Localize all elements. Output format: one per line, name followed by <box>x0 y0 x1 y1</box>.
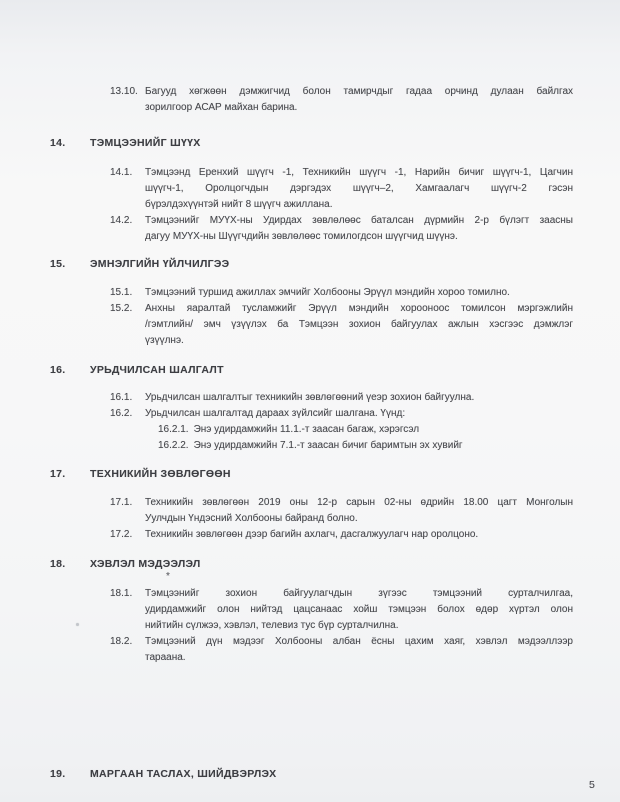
section-title: ХЭВЛЭЛ МЭДЭЭЛЭЛ <box>90 556 201 572</box>
section-title: ТЭМЦЭЭНИЙГ ШҮҮХ <box>90 135 201 151</box>
items-17: 17.1. Техникийн зөвлөгөөн 2019 оны 12-р … <box>110 495 573 543</box>
list-item: 16.2. Урьдчилсан шалгалтад дараах зүйлси… <box>110 406 573 422</box>
item-number: 13.10. <box>110 84 145 116</box>
scan-speck <box>76 623 79 626</box>
text-line: Урьдчилсан шалгалтад дараах зүйлсийг шал… <box>145 406 573 422</box>
items-16: 16.1. Урьдчилсан шалгалтыг техникийн зөв… <box>110 390 573 422</box>
item-text: Энэ удирдамжийн 11.1.-т заасан багаж, хэ… <box>194 424 420 435</box>
text-line: Урьдчилсан шалгалтыг техникийн зөвлөгөөн… <box>145 390 573 406</box>
list-item: 15.1. Тэмцээний туршид ажиллах эмчийг Хо… <box>110 285 573 301</box>
list-item: 13.10. Багууд хөгжөөн дэмжигчид болон та… <box>110 84 573 116</box>
item-number: 14.1. <box>110 165 145 213</box>
section-number: 19. <box>50 766 66 782</box>
section-title: ТЕХНИКИЙН ЗӨВЛӨГӨӨН <box>90 466 231 482</box>
section-number: 18. <box>50 556 66 572</box>
text-line: Тэмцээний дүн мэдээг Холбооны албан ёсны… <box>145 634 573 650</box>
subitems-16-2: 16.2.1.Энэ удирдамжийн 11.1.-т заасан ба… <box>158 422 588 454</box>
item-number: 17.2. <box>110 527 145 543</box>
item-number: 15.1. <box>110 285 145 301</box>
text-line: Тэмцээний туршид ажиллах эмчийг Холбооны… <box>145 285 573 301</box>
text-line: Багууд хөгжөөн дэмжигчид болон тамирчдыг… <box>145 84 573 100</box>
item-number: 16.2. <box>110 406 145 422</box>
text-line: бүрэлдэхүүнтэй нийт 8 шүүгч ажиллана. <box>145 197 573 213</box>
asterisk-mark: * <box>166 571 170 583</box>
text-line: Тэмцээнийг зохион байгуулагчдын зүгээс т… <box>145 586 573 602</box>
section-heading-17: 17. ТЕХНИКИЙН ЗӨВЛӨГӨӨН <box>0 466 620 482</box>
list-item: 17.2. Техникийн зөвлөгөөн дээр багийн ах… <box>110 527 573 543</box>
item-text: Тэмцээний дүн мэдээг Холбооны албан ёсны… <box>145 634 573 666</box>
text-line: Уулчдын Үндэсний Холбооны байранд болно. <box>145 511 573 527</box>
item-text: Тэмцээний туршид ажиллах эмчийг Холбооны… <box>145 285 573 301</box>
item-number: 16.2.1. <box>158 424 189 435</box>
section-number: 17. <box>50 466 66 482</box>
item-text: Урьдчилсан шалгалтад дараах зүйлсийг шал… <box>145 406 573 422</box>
item-number: 16.2.2. <box>158 440 189 451</box>
list-item: 14.2. Тэмцээнийг МУҮХ-ны Удирдах зөвлөлө… <box>110 213 573 245</box>
section-title: УРЬДЧИЛСАН ШАЛГАЛТ <box>90 362 224 378</box>
text-line: тараана. <box>145 650 573 666</box>
item-number: 18.1. <box>110 586 145 634</box>
item-text: Тэмцээнийг МУҮХ-ны Удирдах зөвлөлөөс бат… <box>145 213 573 245</box>
text-line: зорилгоор АСАР майхан барина. <box>145 100 573 116</box>
text-line: Тэмцээнд Еренхий шүүгч -1, Техникийн шүү… <box>145 165 573 181</box>
scanned-document-page: 13.10. Багууд хөгжөөн дэмжигчид болон та… <box>0 0 620 802</box>
item-text: Тэмцээнийг зохион байгуулагчдын зүгээс т… <box>145 586 573 634</box>
item-text: Тэмцээнд Еренхий шүүгч -1, Техникийн шүү… <box>145 165 573 213</box>
item-text: Анхны яаралтай тусламжийг Эрүүл мэндийн … <box>145 301 573 349</box>
text-line: /гэмтлийн/ эмч үзүүлэх ба Тэмцээн зохион… <box>145 317 573 333</box>
text-line: дагуу МУҮХ-ны Шүүгчдийн зөвлөлөөс томило… <box>145 229 573 245</box>
items-15: 15.1. Тэмцээний туршид ажиллах эмчийг Хо… <box>110 285 573 349</box>
list-item: 17.1. Техникийн зөвлөгөөн 2019 оны 12-р … <box>110 495 573 527</box>
text-line: удирдамжийг олон нийтэд цацсанаас хойш т… <box>145 602 573 618</box>
section-title: ЭМНЭЛГИЙН ҮЙЛЧИЛГЭЭ <box>90 256 229 272</box>
list-item: 18.1. Тэмцээнийг зохион байгуулагчдын зү… <box>110 586 573 634</box>
text-line: Техникийн зөвлөгөөн дээр багийн ахлагч, … <box>145 527 573 543</box>
item-text: Техникийн зөвлөгөөн дээр багийн ахлагч, … <box>145 527 573 543</box>
section-number: 16. <box>50 362 66 378</box>
item-text: Энэ удирдамжийн 7.1.-т заасан бичиг бари… <box>194 440 463 451</box>
section-heading-19: 19. МАРГААН ТАСЛАХ, ШИЙДВЭРЛЭХ <box>0 766 620 782</box>
item-text: Багууд хөгжөөн дэмжигчид болон тамирчдыг… <box>145 84 573 116</box>
item-number: 15.2. <box>110 301 145 349</box>
page-number: 5 <box>589 778 595 792</box>
list-item: 15.2. Анхны яаралтай тусламжийг Эрүүл мэ… <box>110 301 573 349</box>
item-text: Техникийн зөвлөгөөн 2019 оны 12-р сарын … <box>145 495 573 527</box>
item-number: 17.1. <box>110 495 145 527</box>
section-heading-18: 18. ХЭВЛЭЛ МЭДЭЭЛЭЛ <box>0 556 620 572</box>
items-14: 14.1. Тэмцээнд Еренхий шүүгч -1, Техники… <box>110 165 573 245</box>
sub-list-item: 16.2.2.Энэ удирдамжийн 7.1.-т заасан бич… <box>158 438 588 454</box>
item-number: 16.1. <box>110 390 145 406</box>
text-line: шүүгч-1, Оролцогчдын дэргэдэх шүүгч–2, Х… <box>145 181 573 197</box>
text-line: Техникийн зөвлөгөөн 2019 оны 12-р сарын … <box>145 495 573 511</box>
text-line: нийтийн сүлжээ, хэвлэл, телевиз тус бүр … <box>145 618 573 634</box>
sub-list-item: 16.2.1.Энэ удирдамжийн 11.1.-т заасан ба… <box>158 422 588 438</box>
list-item: 18.2. Тэмцээний дүн мэдээг Холбооны алба… <box>110 634 573 666</box>
text-line: Тэмцээнийг МУҮХ-ны Удирдах зөвлөлөөс бат… <box>145 213 573 229</box>
item-13-10: 13.10. Багууд хөгжөөн дэмжигчид болон та… <box>110 84 573 116</box>
text-line: үзүүлнэ. <box>145 333 573 349</box>
text-line: Анхны яаралтай тусламжийг Эрүүл мэндийн … <box>145 301 573 317</box>
item-number: 14.2. <box>110 213 145 245</box>
section-heading-14: 14. ТЭМЦЭЭНИЙГ ШҮҮХ <box>0 135 620 151</box>
section-title: МАРГААН ТАСЛАХ, ШИЙДВЭРЛЭХ <box>90 766 276 782</box>
section-heading-15: 15. ЭМНЭЛГИЙН ҮЙЛЧИЛГЭЭ <box>0 256 620 272</box>
list-item: 14.1. Тэмцээнд Еренхий шүүгч -1, Техники… <box>110 165 573 213</box>
list-item: 16.1. Урьдчилсан шалгалтыг техникийн зөв… <box>110 390 573 406</box>
item-text: Урьдчилсан шалгалтыг техникийн зөвлөгөөн… <box>145 390 573 406</box>
section-number: 14. <box>50 135 66 151</box>
items-18: 18.1. Тэмцээнийг зохион байгуулагчдын зү… <box>110 586 573 666</box>
section-heading-16: 16. УРЬДЧИЛСАН ШАЛГАЛТ <box>0 362 620 378</box>
item-number: 18.2. <box>110 634 145 666</box>
section-number: 15. <box>50 256 66 272</box>
